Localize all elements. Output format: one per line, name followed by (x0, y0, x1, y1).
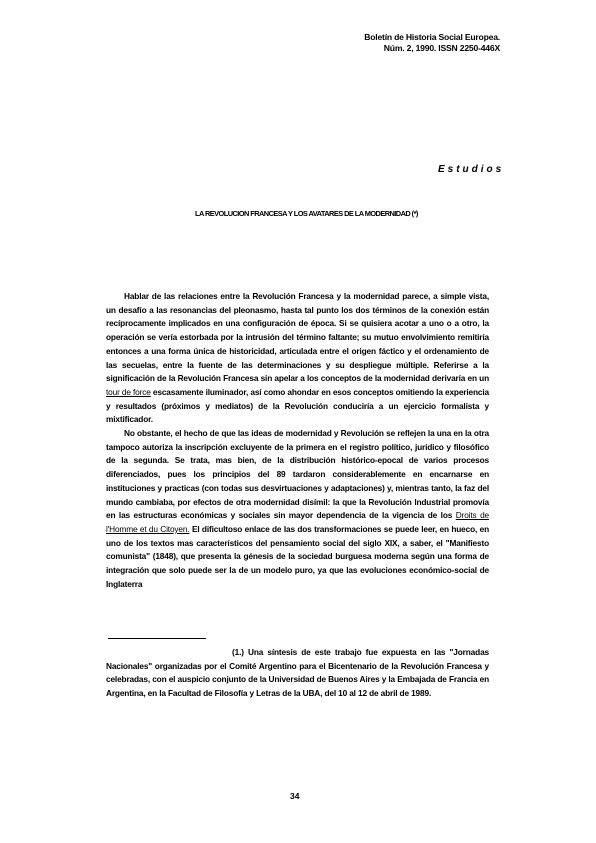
footnote-text: Una síntesis de este trabajo fue expuest… (106, 647, 489, 698)
section-label: Estudios (438, 164, 504, 175)
paragraph-1-text: Hablar de las relaciones entre la Revolu… (106, 291, 489, 383)
footnote-divider (108, 638, 206, 639)
paragraph-2: No obstante, el hecho de que las ideas d… (106, 427, 489, 591)
paragraph-2-text: No obstante, el hecho de que las ideas d… (106, 428, 489, 520)
journal-citation: Boletín de Historia Social Europea. Núm.… (364, 32, 500, 54)
journal-issue-issn: Núm. 2, 1990. ISSN 2250-446X (364, 43, 500, 54)
page-number: 34 (290, 791, 299, 801)
article-body: Hablar de las relaciones entre la Revolu… (106, 290, 489, 591)
paragraph-1-text-cont: escasamente iluminador, así como ahondar… (106, 387, 489, 424)
footnote-marker: (1.) (232, 646, 244, 660)
paragraph-1: Hablar de las relaciones entre la Revolu… (106, 290, 489, 427)
footnote: (1.) Una síntesis de este trabajo fue ex… (106, 646, 489, 701)
journal-title: Boletín de Historia Social Europea. (364, 32, 500, 43)
emphasis-tour-de-force: tour de force (106, 387, 151, 397)
article-title: LA REVOLUCION FRANCESA Y LOS AVATARES DE… (195, 209, 418, 218)
